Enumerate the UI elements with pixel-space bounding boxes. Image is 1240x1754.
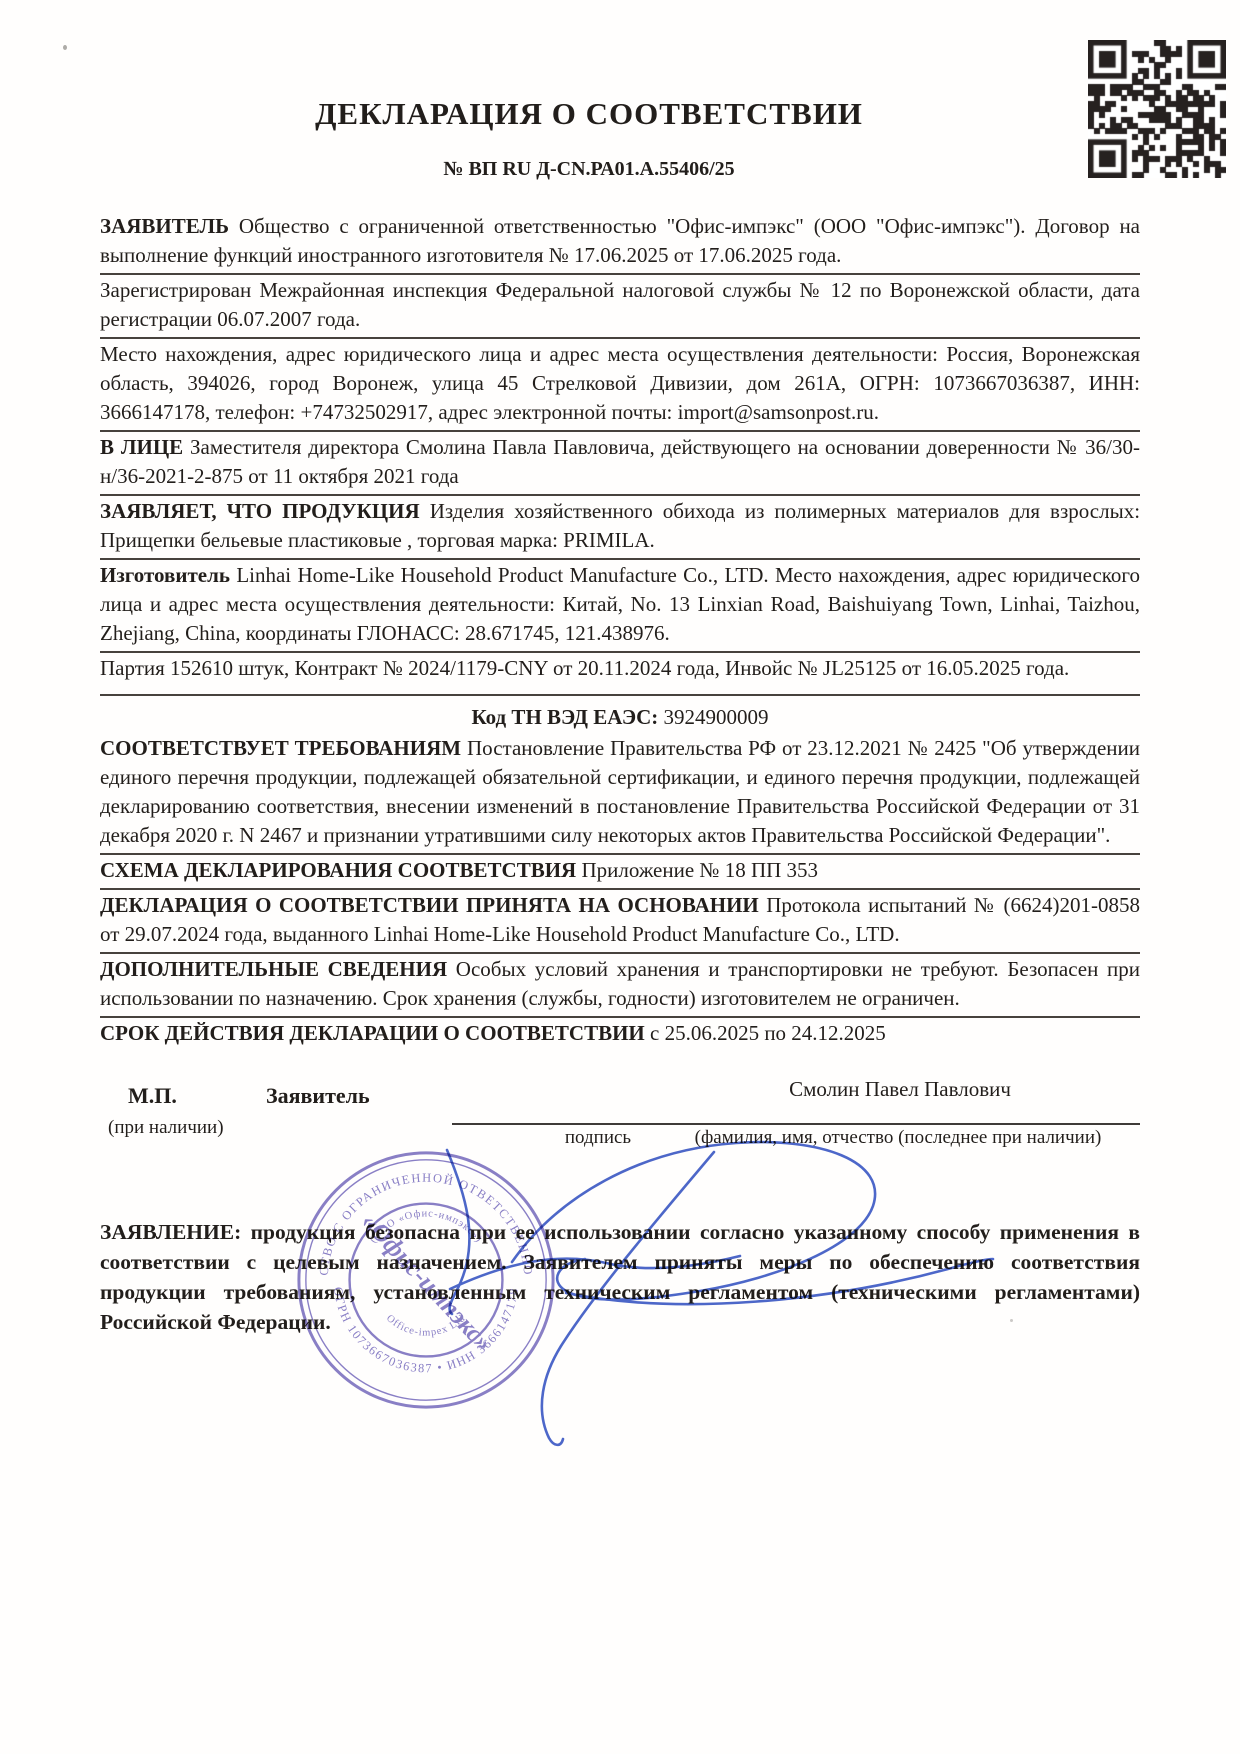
section-declares-product-label: ЗАЯВЛЯЕТ, ЧТО ПРОДУКЦИЯ: [100, 499, 420, 523]
section-adopted-basis-label: ДЕКЛАРАЦИЯ О СООТВЕТСТВИИ ПРИНЯТА НА ОСН…: [100, 893, 759, 917]
section-validity-period: СРОК ДЕЙСТВИЯ ДЕКЛАРАЦИИ О СООТВЕТСТВИИ …: [100, 1018, 1140, 1051]
section-declaration-scheme-text: Приложение № 18 ПП 353: [581, 858, 818, 882]
section-conforms-label: СООТВЕТСТВУЕТ ТРЕБОВАНИЯМ: [100, 736, 461, 760]
section-manufacturer-label: Изготовитель: [100, 563, 230, 587]
scan-speckle: [63, 45, 67, 50]
section-manufacturer-text: Linhai Home-Like Household Product Manuf…: [100, 563, 1140, 645]
section-in-person-text: Заместителя директора Смолина Павла Павл…: [100, 435, 1140, 488]
document-title: ДЕКЛАРАЦИЯ О СООТВЕТСТВИИ: [100, 96, 1140, 132]
section-declaration-scheme-label: СХЕМА ДЕКЛАРИРОВАНИЯ СООТВЕТСТВИЯ: [100, 858, 576, 882]
section-batch-text: Партия 152610 штук, Контракт № 2024/1179…: [100, 656, 1069, 680]
section-additional-info-label: ДОПОЛНИТЕЛЬНЫЕ СВЕДЕНИЯ: [100, 957, 447, 981]
signatory-name: Смолин Павел Павлович: [660, 1077, 1140, 1102]
document-content: ДЕКЛАРАЦИЯ О СООТВЕТСТВИИ № ВП RU Д-CN.Р…: [100, 96, 1140, 1358]
stamp-place-label: М.П.: [128, 1083, 177, 1109]
section-conforms: СООТВЕТСТВУЕТ ТРЕБОВАНИЯМ Постановление …: [100, 733, 1140, 855]
section-address: Место нахождения, адрес юридического лиц…: [100, 339, 1140, 432]
final-statement-label: ЗАЯВЛЕНИЕ:: [100, 1220, 241, 1244]
final-statement: ЗАЯВЛЕНИЕ: продукция безопасна при ее ис…: [100, 1217, 1140, 1337]
document-number: № ВП RU Д-CN.РА01.А.55406/25: [100, 158, 1140, 181]
section-address-text: Место нахождения, адрес юридического лиц…: [100, 342, 1140, 424]
document-body: ЗАЯВИТЕЛЬ Общество с ограниченной ответс…: [100, 211, 1140, 1337]
section-tnved-label: Код ТН ВЭД ЕАЭС:: [471, 705, 658, 729]
signatory-name-caption: (фамилия, имя, отчество (последнее при н…: [652, 1127, 1144, 1149]
section-batch: Партия 152610 штук, Контракт № 2024/1179…: [100, 653, 1140, 696]
section-declaration-scheme: СХЕМА ДЕКЛАРИРОВАНИЯ СООТВЕТСТВИЯ Прилож…: [100, 855, 1140, 890]
stamp-place-note: (при наличии): [108, 1117, 224, 1139]
section-registered-text: Зарегистрирован Межрайонная инспекция Фе…: [100, 278, 1140, 331]
section-registered: Зарегистрирован Межрайонная инспекция Фе…: [100, 275, 1140, 339]
final-statement-text: продукция безопасна при ее использовании…: [100, 1220, 1140, 1334]
section-in-person: В ЛИЦЕ Заместителя директора Смолина Пав…: [100, 432, 1140, 496]
section-tnved-code: Код ТН ВЭД ЕАЭС: 3924900009: [100, 696, 1140, 733]
section-validity-period-text: с 25.06.2025 по 24.12.2025: [650, 1021, 886, 1045]
section-tnved-value: 3924900009: [664, 705, 769, 729]
section-validity-period-label: СРОК ДЕЙСТВИЯ ДЕКЛАРАЦИИ О СООТВЕТСТВИИ: [100, 1021, 645, 1045]
section-applicant-text: Общество с ограниченной ответственностью…: [100, 214, 1140, 267]
section-declares-product: ЗАЯВЛЯЕТ, ЧТО ПРОДУКЦИЯ Изделия хозяйств…: [100, 496, 1140, 560]
signatory-name-line: [658, 1123, 1140, 1125]
section-additional-info: ДОПОЛНИТЕЛЬНЫЕ СВЕДЕНИЯ Особых условий х…: [100, 954, 1140, 1018]
section-applicant: ЗАЯВИТЕЛЬ Общество с ограниченной ответс…: [100, 211, 1140, 275]
section-in-person-label: В ЛИЦЕ: [100, 435, 183, 459]
section-applicant-label: ЗАЯВИТЕЛЬ: [100, 214, 229, 238]
section-adopted-basis: ДЕКЛАРАЦИЯ О СООТВЕТСТВИИ ПРИНЯТА НА ОСН…: [100, 890, 1140, 954]
applicant-label: Заявитель: [266, 1083, 370, 1109]
signature-block: М.П. (при наличии) Заявитель подпись Смо…: [100, 1077, 1140, 1183]
declaration-document-page: ДЕКЛАРАЦИЯ О СООТВЕТСТВИИ № ВП RU Д-CN.Р…: [0, 0, 1240, 1754]
section-manufacturer: Изготовитель Linhai Home-Like Household …: [100, 560, 1140, 653]
